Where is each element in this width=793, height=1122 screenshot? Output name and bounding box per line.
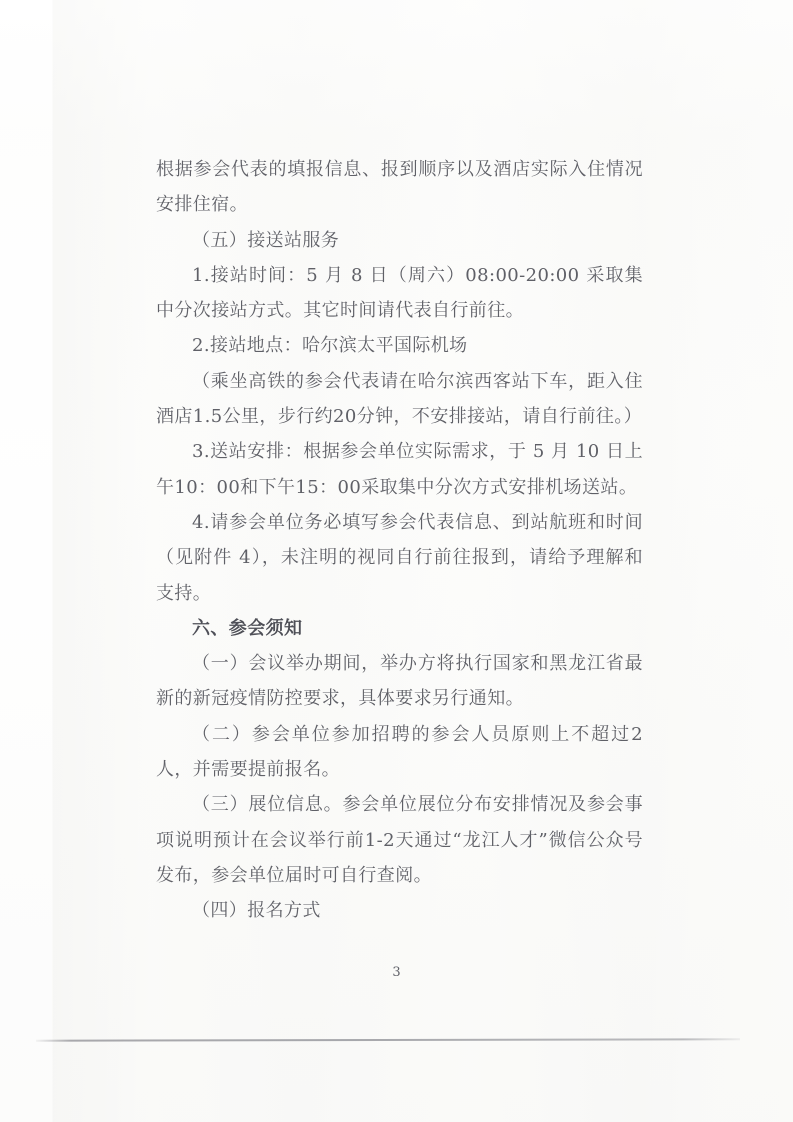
para-attendee-limit: （二）参会单位参加招聘的参会人员原则上不超过2人，并需要提前报名。 xyxy=(156,717,643,788)
heading-attendance-notes: 六、参会须知 xyxy=(156,611,643,646)
para-accommodation: 根据参会代表的填报信息、报到顺序以及酒店实际入住情况安排住宿。 xyxy=(156,152,643,223)
document-page: 根据参会代表的填报信息、报到顺序以及酒店实际入住情况安排住宿。 （五）接送站服务… xyxy=(0,0,793,1122)
para-delegate-info-required: 4.请参会单位务必填写参会代表信息、到站航班和时间（见附件 4），未注明的视同自… xyxy=(156,505,643,611)
para-pickup-location: 2.接站地点：哈尔滨太平国际机场 xyxy=(156,328,643,363)
page-number: 3 xyxy=(0,965,793,980)
para-registration-method: （四）报名方式 xyxy=(156,893,643,928)
para-dropoff-arrangement: 3.送站安排：根据参会单位实际需求，于 5 月 10 日上午10：00和下午15… xyxy=(156,434,643,505)
subheading-shuttle-service: （五）接送站服务 xyxy=(156,223,643,258)
para-covid-requirements: （一）会议举办期间，举办方将执行国家和黑龙江省最新的新冠疫情防控要求，具体要求另… xyxy=(156,646,643,717)
document-body: 根据参会代表的填报信息、报到顺序以及酒店实际入住情况安排住宿。 （五）接送站服务… xyxy=(156,152,643,929)
para-pickup-time: 1.接站时间：5 月 8 日（周六）08:00-20:00 采取集中分次接站方式… xyxy=(156,258,643,329)
scan-bottom-edge-line xyxy=(36,1038,740,1041)
para-highspeed-rail-note: （乘坐高铁的参会代表请在哈尔滨西客站下车，距入住酒店1.5公里，步行约20分钟，… xyxy=(156,364,643,435)
para-booth-info: （三）展位信息。参会单位展位分布安排情况及参会事项说明预计在会议举行前1-2天通… xyxy=(156,787,643,893)
